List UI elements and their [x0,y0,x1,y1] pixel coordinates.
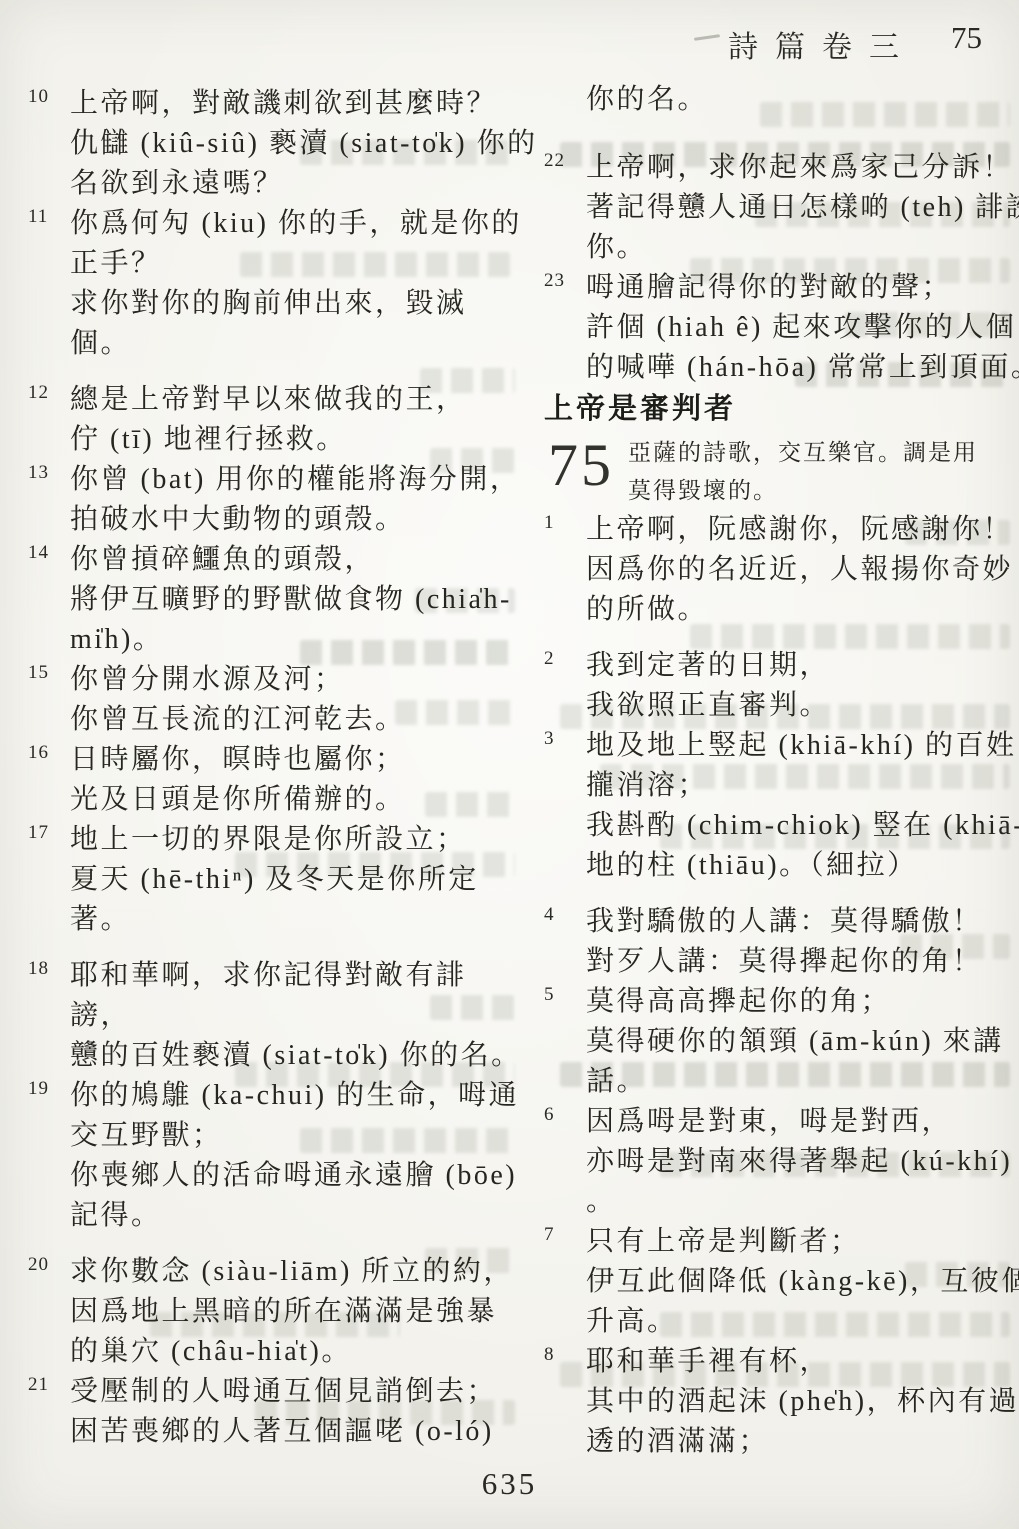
chapter-75-block: 75 亞薩的詩歌，交互樂官。調是用 莫得毀壞的。 [544,430,1016,510]
verse-number: 22 [544,150,565,172]
verse-line: 。 [586,1182,1016,1222]
verse-line: 因爲地上黑暗的所在滿滿是強暴 [70,1292,528,1332]
verse-line: 你的名。 [586,80,1016,120]
verse-line: 其中的酒起沫 (phe̍h)，杯內有過 [586,1382,1016,1422]
verse-line: 我對驕傲的人講：莫得驕傲！ [586,902,1016,942]
header-divider-mark [694,34,720,41]
verse-74-14: 14 你曾摃碎鱷魚的頭殼， 將伊互曠野的野獸做食物 (chia̍h- mi̍h)… [28,540,528,660]
verse-line: 記得。 [70,1196,528,1236]
verse-line: 光及日頭是你所備辦的。 [70,780,528,820]
running-header-title: 詩篇卷三 [728,22,916,66]
verse-74-21-continuation: 你的名。 [544,80,1016,120]
verse-74-21: 21 受壓制的人呣通互個見誚倒去； 困苦喪鄉的人著互個謳咾 (o-ló) [28,1372,528,1452]
verse-line: 你曾 (bat) 用你的權能將海分開， [70,460,528,500]
verse-number: 12 [28,382,49,404]
verse-number: 17 [28,822,49,844]
section-heading: 上帝是審判者 [544,388,1016,430]
verse-line: 的喊嘩 (hán-hōa) 常常上到頂面。 [586,348,1016,388]
verse-line: 上帝啊，求你起來爲家己分訴！ [586,148,1016,188]
verse-line: 你的鳩鵻 (ka-chui) 的生命，呣通 [70,1076,528,1116]
verse-75-7: 7 只有上帝是判斷者； 伊互此個降低 (kàng-kē)，互彼個 升高。 [544,1222,1016,1342]
verse-74-10: 10 上帝啊，對敵譏刺欲到甚麼時？ 仇讎 (kiû-siû) 褻瀆 (siat-… [28,84,528,204]
verse-line: 求你數念 (siàu-liām) 所立的約， [70,1252,528,1292]
verse-number: 23 [544,270,565,292]
verse-line: 地及地上竪起 (khiā-khí) 的百姓 [586,726,1016,766]
verse-75-6: 6 因爲呣是對東，呣是對西， 亦呣是對南來得著舉起 (kú-khí) 。 [544,1102,1016,1222]
verse-line: 困苦喪鄉的人著互個謳咾 (o-ló) [70,1412,528,1452]
verse-number: 1 [544,512,555,534]
verse-75-8: 8 耶和華手裡有杯， 其中的酒起沫 (phe̍h)，杯內有過 透的酒滿滿； [544,1342,1016,1462]
verse-line: 正手？ [70,244,528,284]
verse-line: 許個 (hiah ê) 起來攻擊你的人個 [586,308,1016,348]
verse-number: 15 [28,662,49,684]
verse-line: 夏天 (hē-thiⁿ) 及冬天是你所定 [70,860,528,900]
verse-number: 6 [544,1104,555,1126]
verse-line: 佇 (tī) 地裡行拯救。 [70,420,528,460]
verse-line: 的巢穴 (châu-hia̍t)。 [70,1332,528,1372]
verse-line: 總是上帝對早以來做我的王， [70,380,528,420]
verse-line: 你曾分開水源及河； [70,660,528,700]
verse-number: 7 [544,1224,555,1246]
verse-line: 耶和華啊，求你記得對敵有誹 [70,956,528,996]
verse-line: 我欲照正直審判。 [586,686,1016,726]
verse-line: 我斟酌 (chim-chiok) 竪在 (khiā-chāi) [586,806,1016,846]
verse-number: 10 [28,86,49,108]
verse-line: 謗， [70,996,528,1036]
verse-line: mi̍h)。 [70,620,528,660]
verse-line: 你。 [586,228,1016,268]
verse-line: 你曾摃碎鱷魚的頭殼， [70,540,528,580]
verse-line: 仇讎 (kiû-siû) 褻瀆 (siat-to̍k) 你的 [70,124,528,164]
verse-74-15: 15 你曾分開水源及河； 你曾互長流的江河乾去。 [28,660,528,740]
chapter-number: 75 [544,430,628,500]
verse-line: 我到定著的日期， [586,646,1016,686]
verse-74-11: 11 你爲何勼 (kiu) 你的手，就是你的 正手？ 求你對你的胸前伸出來，毀滅… [28,204,528,364]
verse-number: 3 [544,728,555,750]
verse-74-19: 19 你的鳩鵻 (ka-chui) 的生命，呣通 交互野獸； 你喪鄉人的活命呣通… [28,1076,528,1236]
left-column: 10 上帝啊，對敵譏刺欲到甚麼時？ 仇讎 (kiû-siû) 褻瀆 (siat-… [28,84,528,1452]
verse-number: 5 [544,984,555,1006]
verse-74-20: 20 求你數念 (siàu-liām) 所立的約， 因爲地上黑暗的所在滿滿是強暴… [28,1252,528,1372]
verse-line: 莫得高高攑起你的角； [586,982,1016,1022]
verse-line: 因爲呣是對東，呣是對西， [586,1102,1016,1142]
verse-line: 受壓制的人呣通互個見誚倒去； [70,1372,528,1412]
verse-75-2: 2 我到定著的日期， 我欲照正直審判。 [544,646,1016,726]
verse-line: 求你對你的胸前伸出來，毀滅 [70,284,528,324]
verse-number: 2 [544,648,555,670]
verse-number: 11 [28,206,48,228]
verse-74-23: 23 呣通膾記得你的對敵的聲； 許個 (hiah ê) 起來攻擊你的人個 的喊嘩… [544,268,1016,388]
verse-74-18: 18 耶和華啊，求你記得對敵有誹 謗， 戇的百姓褻瀆 (siat-to̍k) 你… [28,956,528,1076]
verse-line: 交互野獸； [70,1116,528,1156]
verse-line: 呣通膾記得你的對敵的聲； [586,268,1016,308]
verse-line: 升高。 [586,1302,1016,1342]
verse-75-3: 3 地及地上竪起 (khiā-khí) 的百姓 攏消溶； 我斟酌 (chim-c… [544,726,1016,886]
verse-number: 14 [28,542,49,564]
verse-74-22: 22 上帝啊，求你起來爲家己分訴！ 著記得戇人通日怎樣啲 (teh) 誹謗 你。 [544,148,1016,268]
verse-line: 拍破水中大動物的頭殼。 [70,500,528,540]
verse-line: 話。 [586,1062,1016,1102]
verse-number: 4 [544,904,555,926]
verse-line: 個。 [70,324,528,364]
verse-line: 將伊互曠野的野獸做食物 (chia̍h- [70,580,528,620]
verse-line: 著。 [70,900,528,940]
superscription-line: 莫得毀壞的。 [628,472,978,510]
verse-75-5: 5 莫得高高攑起你的角； 莫得硬你的頷頸 (ām-kún) 來講 話。 [544,982,1016,1102]
verse-line: 耶和華手裡有杯， [586,1342,1016,1382]
verse-line: 上帝啊，對敵譏刺欲到甚麼時？ [70,84,528,124]
chapter-superscription: 亞薩的詩歌，交互樂官。調是用 莫得毀壞的。 [628,430,978,510]
page-number: 635 [0,1466,1019,1502]
verse-line: 伊互此個降低 (kàng-kē)，互彼個 [586,1262,1016,1302]
verse-75-4: 4 我對驕傲的人講：莫得驕傲！ 對歹人講：莫得攑起你的角！ [544,902,1016,982]
verse-line: 亦呣是對南來得著舉起 (kú-khí) [586,1142,1016,1182]
running-header-psalm-number: 75 [951,20,982,56]
verse-number: 16 [28,742,49,764]
verse-number: 18 [28,958,49,980]
verse-line: 地的柱 (thiāu)。（細拉） [586,846,1016,886]
verse-line: 你爲何勼 (kiu) 你的手，就是你的 [70,204,528,244]
verse-number: 21 [28,1374,49,1396]
verse-number: 13 [28,462,49,484]
verse-line: 上帝啊，阮感謝你，阮感謝你！ [586,510,1016,550]
verse-line: 因爲你的名近近，人報揚你奇妙 [586,550,1016,590]
verse-line: 只有上帝是判斷者； [586,1222,1016,1262]
verse-line: 莫得硬你的頷頸 (ām-kún) 來講 [586,1022,1016,1062]
verse-74-16: 16 日時屬你，暝時也屬你； 光及日頭是你所備辦的。 [28,740,528,820]
verse-75-1: 1 上帝啊，阮感謝你，阮感謝你！ 因爲你的名近近，人報揚你奇妙 的所做。 [544,510,1016,630]
verse-number: 20 [28,1254,49,1276]
superscription-line: 亞薩的詩歌，交互樂官。調是用 [628,434,978,472]
verse-number: 8 [544,1344,555,1366]
verse-line: 著記得戇人通日怎樣啲 (teh) 誹謗 [586,188,1016,228]
verse-line: 的所做。 [586,590,1016,630]
verse-line: 攏消溶； [586,766,1016,806]
verse-line: 名欲到永遠嗎？ [70,164,528,204]
verse-number: 19 [28,1078,49,1100]
verse-line: 透的酒滿滿； [586,1422,1016,1462]
right-column: 你的名。 22 上帝啊，求你起來爲家己分訴！ 著記得戇人通日怎樣啲 (teh) … [544,80,1016,1462]
verse-line: 日時屬你，暝時也屬你； [70,740,528,780]
verse-line: 對歹人講：莫得攑起你的角！ [586,942,1016,982]
verse-74-12: 12 總是上帝對早以來做我的王， 佇 (tī) 地裡行拯救。 [28,380,528,460]
verse-line: 戇的百姓褻瀆 (siat-to̍k) 你的名。 [70,1036,528,1076]
verse-line: 地上一切的界限是你所設立； [70,820,528,860]
verse-line: 你喪鄉人的活命呣通永遠膾 (bōe) [70,1156,528,1196]
verse-74-13: 13 你曾 (bat) 用你的權能將海分開， 拍破水中大動物的頭殼。 [28,460,528,540]
verse-line: 你曾互長流的江河乾去。 [70,700,528,740]
verse-74-17: 17 地上一切的界限是你所設立； 夏天 (hē-thiⁿ) 及冬天是你所定 著。 [28,820,528,940]
